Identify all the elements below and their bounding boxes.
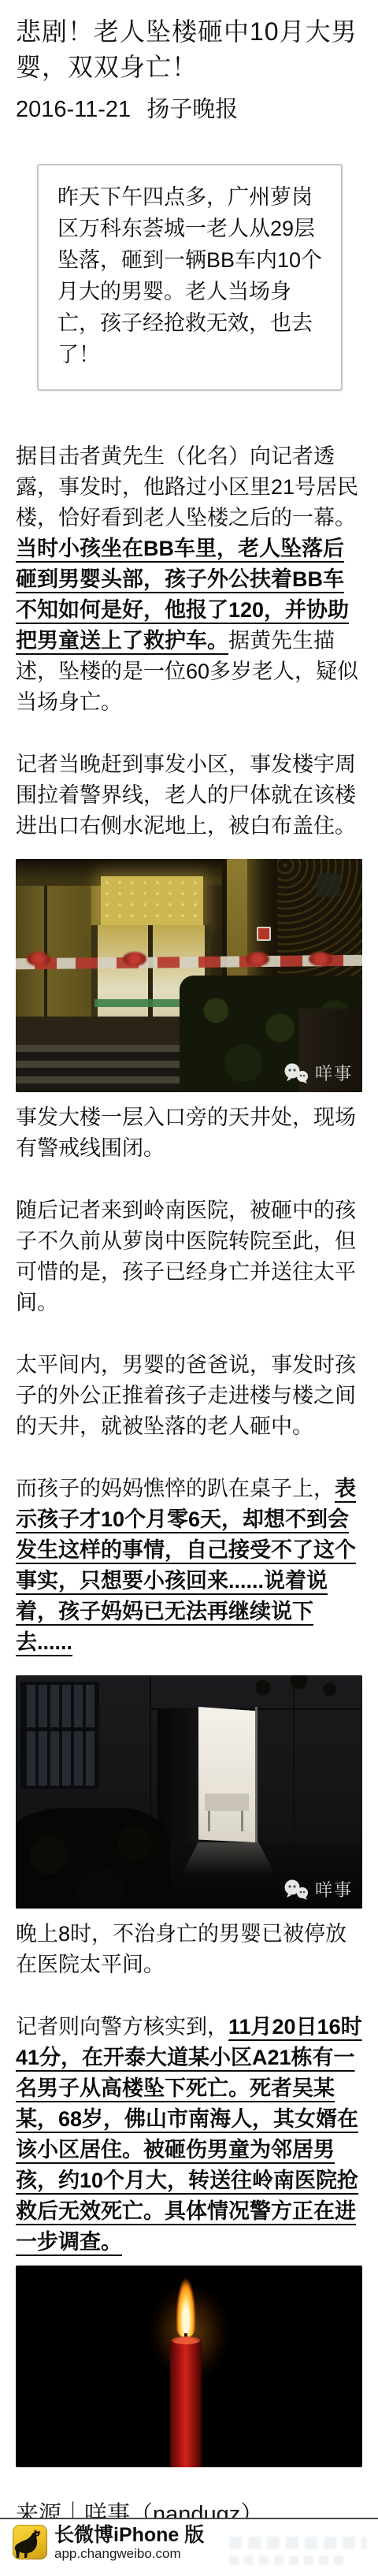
dateline: 2016-11-21扬子晚报 xyxy=(16,95,362,125)
photo1-watermark: 咩事 xyxy=(283,1061,353,1085)
article-title: 悲剧！老人坠楼砸中10月大男婴，双双身亡！ xyxy=(16,14,362,85)
source-name: 扬子晚报 xyxy=(146,97,238,122)
paragraph-mother: 而孩子的妈妈憔悴的趴在桌子上，表示孩子才10个月零6天，却想不到会发生这样的事情… xyxy=(16,1474,362,1658)
lit-doorway xyxy=(198,1707,255,1842)
bush-silhouette xyxy=(16,1808,170,1909)
photo-memorial-candle xyxy=(16,2266,362,2467)
photo-morgue-doorway: 咩事 xyxy=(16,1675,362,1909)
footer-app-url: app.changweibo.com xyxy=(54,2546,204,2561)
changweibo-footer: 长微博iPhone 版 app.changweibo.com xyxy=(0,2518,378,2576)
wechat-bubbles-icon xyxy=(283,1879,309,1900)
publish-date: 2016-11-21 xyxy=(16,97,131,122)
emphasized-text: 11月20日16时41分，在开泰大道某小区A21栋有一名男子从高楼坠下死亡。死者… xyxy=(16,2015,362,2254)
changweibo-app-icon xyxy=(13,2525,47,2559)
body-text: 随后记者来到岭南医院，被砸中的孩子不久前从萝岗中医院转院至此，但可惜的是，孩子已… xyxy=(16,1199,356,1314)
long-weibo-article-page: { "article": { "title": "悲剧！老人坠楼砸中10月大男婴… xyxy=(0,0,378,2576)
red-candle xyxy=(170,2338,202,2467)
body-text: 记者则向警方核实到， xyxy=(16,2015,228,2039)
paragraph-police: 记者则向警方核实到，11月20日16时41分，在开泰大道某小区A21栋有一名男子… xyxy=(16,2012,362,2258)
lit-ceiling-panel xyxy=(101,876,203,928)
footer-app-name: 长微博iPhone 版 xyxy=(54,2525,204,2546)
wechat-bubbles-icon xyxy=(283,1063,309,1084)
photo1-watermark-text: 咩事 xyxy=(315,1061,353,1085)
photo-building-entrance: 咩事 xyxy=(16,859,362,1092)
giraffe-icon xyxy=(13,2525,47,2559)
photo1-caption: 事发大楼一层入口旁的天井处，现场有警戒线围闭。 xyxy=(16,1102,362,1164)
photo2-watermark: 咩事 xyxy=(283,1877,353,1901)
paragraph-witness: 据目击者黄先生（化名）向记者透露，事发时，他路过小区里21号居民楼，恰好看到老人… xyxy=(16,441,362,718)
article-body: 悲剧！老人坠楼砸中10月大男婴，双双身亡！ 2016-11-21扬子晚报 昨天下… xyxy=(0,14,378,2530)
open-door-leaf xyxy=(157,1708,198,1843)
body-text: 据目击者黄先生（化名）向记者透露，事发时，他路过小区里21号居民楼，恰好看到老人… xyxy=(16,444,358,530)
photo2-watermark-text: 咩事 xyxy=(315,1877,353,1901)
body-text: 太平间内，男婴的爸爸说，事发时孩子的外公正推着孩子走进楼与楼之间的天井，就被坠落… xyxy=(16,1353,356,1438)
body-text: 而孩子的妈妈憔悴的趴在桌子上， xyxy=(16,1477,335,1500)
paragraph-hospital: 随后记者来到岭南医院，被砸中的孩子不久前从萝岗中医院转院至此，但可惜的是，孩子已… xyxy=(16,1195,362,1318)
barred-window xyxy=(20,1682,99,1789)
emphasized-text: 表示孩子才10个月零6天，却想不到会发生这样的事情，自己接受不了这个事实，只想要… xyxy=(16,1477,356,1654)
faint-watermark xyxy=(229,2533,367,2570)
paragraph-father: 太平间内，男婴的爸爸说，事发时孩子的外公正推着孩子走进楼与楼之间的天井，就被坠落… xyxy=(16,1350,362,1442)
body-text: 记者当晚赶到事发小区，事发楼宇周围拉着警界线，老人的尸体就在该楼进出口右侧水泥地… xyxy=(16,753,356,838)
paragraph-scene: 记者当晚赶到事发小区，事发楼宇周围拉着警界线，老人的尸体就在该楼进出口右侧水泥地… xyxy=(16,749,362,842)
summary-quote-box: 昨天下午四点多，广州萝岗区万科东荟城一老人从29层坠落，砸到一辆BB车内10个月… xyxy=(37,164,343,391)
small-red-sign xyxy=(257,927,271,941)
photo2-caption: 晚上8时，不治身亡的男婴已被停放在医院太平间。 xyxy=(16,1919,362,1980)
